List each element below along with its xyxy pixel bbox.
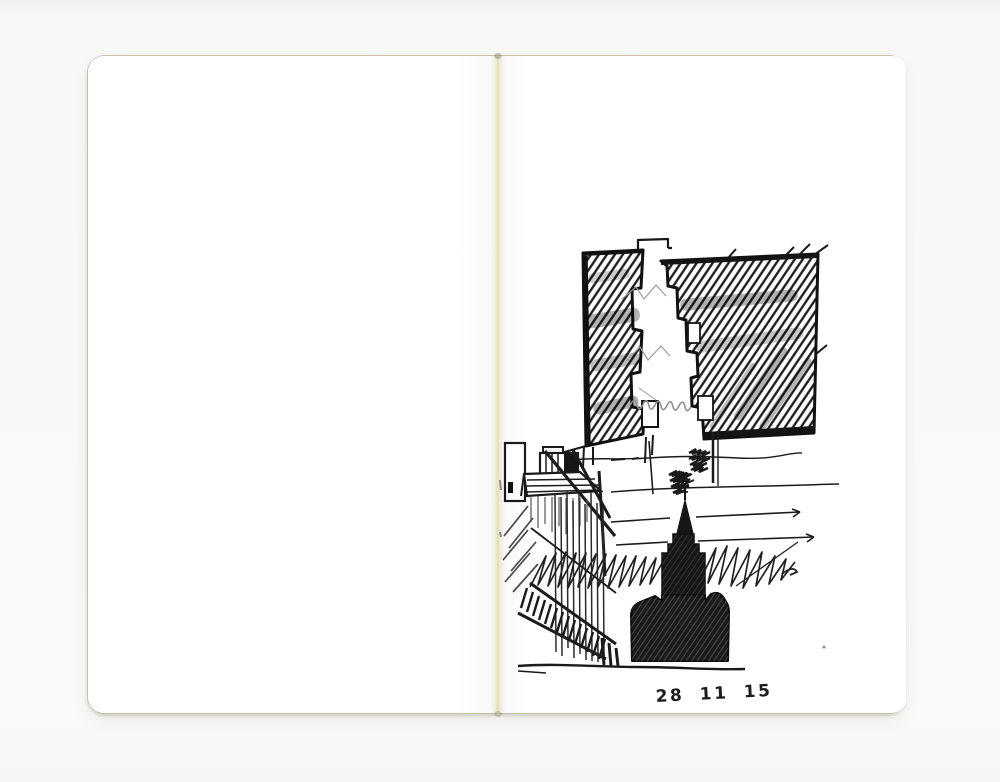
sketch-date: 28 11 15 bbox=[655, 681, 773, 707]
foreground-left-building bbox=[503, 443, 618, 666]
left-page-blank bbox=[88, 56, 498, 713]
tower-spire bbox=[676, 498, 694, 535]
arrow-line-1 bbox=[611, 509, 800, 522]
arrow-line-2 bbox=[616, 534, 814, 545]
right-page: 28 11 15 bbox=[498, 56, 906, 713]
zigzag-stack-upper bbox=[689, 449, 710, 472]
scribble-band-right bbox=[698, 546, 795, 588]
rooftop-bracket-mark bbox=[638, 239, 672, 250]
setback-notch-right-upper bbox=[688, 323, 700, 343]
gutter-stitch-marks bbox=[500, 480, 501, 537]
city-sketch-drawing: 28 11 15 bbox=[498, 56, 906, 715]
upper-left-hatched-block bbox=[561, 250, 658, 468]
scan-speck bbox=[823, 646, 826, 649]
ground-baseline bbox=[518, 665, 745, 673]
setback-notch-right-lower bbox=[698, 396, 713, 420]
open-sketchbook: 28 11 15 bbox=[87, 55, 905, 714]
light-hatch-patch bbox=[503, 506, 538, 592]
rooftop-platform bbox=[521, 472, 601, 496]
spired-skyscraper bbox=[631, 471, 729, 661]
scanner-background: 28 11 15 bbox=[0, 0, 1000, 782]
